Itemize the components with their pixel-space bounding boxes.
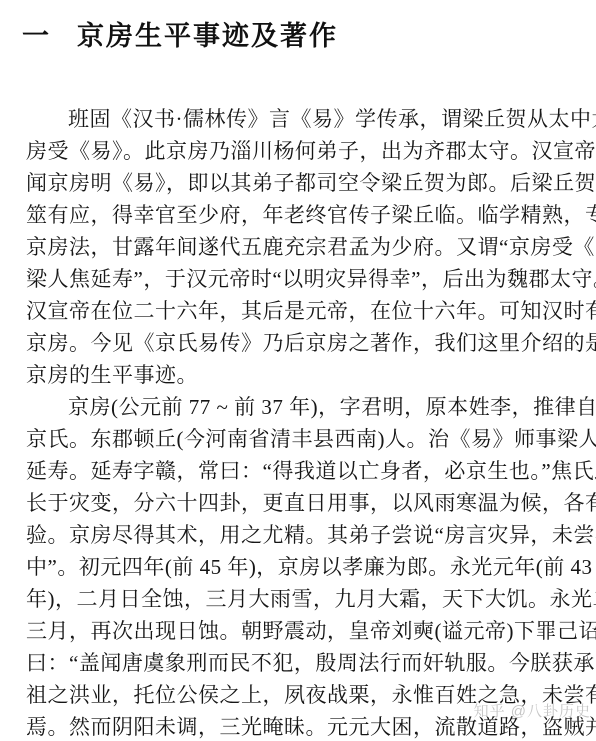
text-line: 梁人焦延寿”，于汉元帝时“以明灾异得幸”，后出为魏郡太守。 <box>26 263 580 295</box>
text-line: 京房法，甘露年间遂代五鹿充宗君孟为少府。又谓“京房受《易》 <box>26 231 580 263</box>
paragraph-2: 京房(公元前 77 ~ 前 37 年)，字君明，原本姓李，推律自定为 京氏。东郡… <box>26 391 580 741</box>
text-line: 京氏。东郡顿丘(今河南省清丰县西南)人。治《易》师事梁人焦 <box>26 423 580 455</box>
text-line: 闻京房明《易》，即以其弟子都司空令梁丘贺为郎。后梁丘贺屡 <box>26 167 580 199</box>
text-line: 京房(公元前 77 ~ 前 37 年)，字君明，原本姓李，推律自定为 <box>26 391 580 423</box>
body-text: 班固《汉书·儒林传》言《易》学传承，谓梁丘贺从太中大夫京 房受《易》。此京房乃淄… <box>26 103 580 741</box>
text-line: 中”。初元四年(前 45 年)，京房以孝廉为郎。永光元年(前 43 <box>26 551 580 583</box>
text-line: 汉宣帝在位二十六年，其后是元帝，在位十六年。可知汉时有二 <box>26 295 580 327</box>
text-line: 京房。今见《京氏易传》乃后京房之著作，我们这里介绍的是后 <box>26 327 580 359</box>
text-line: 京房的生平事迹。 <box>26 359 580 391</box>
text-line: 班固《汉书·儒林传》言《易》学传承，谓梁丘贺从太中大夫京 <box>26 103 580 135</box>
text-line: 祖之洪业，托位公侯之上，夙夜战栗，永惟百姓之急，未尝有忘 <box>26 679 580 711</box>
text-line: 验。京房尽得其术，用之尤精。其弟子尝说“房言灾异，未尝不 <box>26 519 580 551</box>
text-line: 曰：“盖闻唐虞象刑而民不犯，殷周法行而奸轨服。今朕获承高 <box>26 647 580 679</box>
section-number: 一 <box>22 20 51 52</box>
paragraph-1: 班固《汉书·儒林传》言《易》学传承，谓梁丘贺从太中大夫京 房受《易》。此京房乃淄… <box>26 103 580 391</box>
page-title: 一京房生平事迹及著作 <box>0 0 596 52</box>
text-line: 焉。然而阴阳未调，三光晻昧。元元大困，流散道路，盗贼并兴。 <box>26 711 580 741</box>
text-line: 年)，二月日全蚀，三月大雨雪，九月大霜，天下大饥。永光二年 <box>26 583 580 615</box>
text-line: 延寿。延寿字赣，常曰：“得我道以亡身者，必京生也。”焦氏之说 <box>26 455 580 487</box>
text-line: 房受《易》。此京房乃淄川杨何弟子，出为齐郡太守。汉宣帝时 <box>26 135 580 167</box>
book-page: 一京房生平事迹及著作 班固《汉书·儒林传》言《易》学传承，谓梁丘贺从太中大夫京 … <box>0 0 596 741</box>
text-line: 筮有应，得幸官至少府，年老终官传子梁丘临。临学精熟，专行 <box>26 199 580 231</box>
title-text: 京房生平事迹及著作 <box>77 21 338 51</box>
text-line: 长于灾变，分六十四卦，更直日用事，以风雨寒温为候，各有占 <box>26 487 580 519</box>
text-line: 三月，再次出现日蚀。朝野震动，皇帝刘奭(谥元帝)下罪己诏 <box>26 615 580 647</box>
